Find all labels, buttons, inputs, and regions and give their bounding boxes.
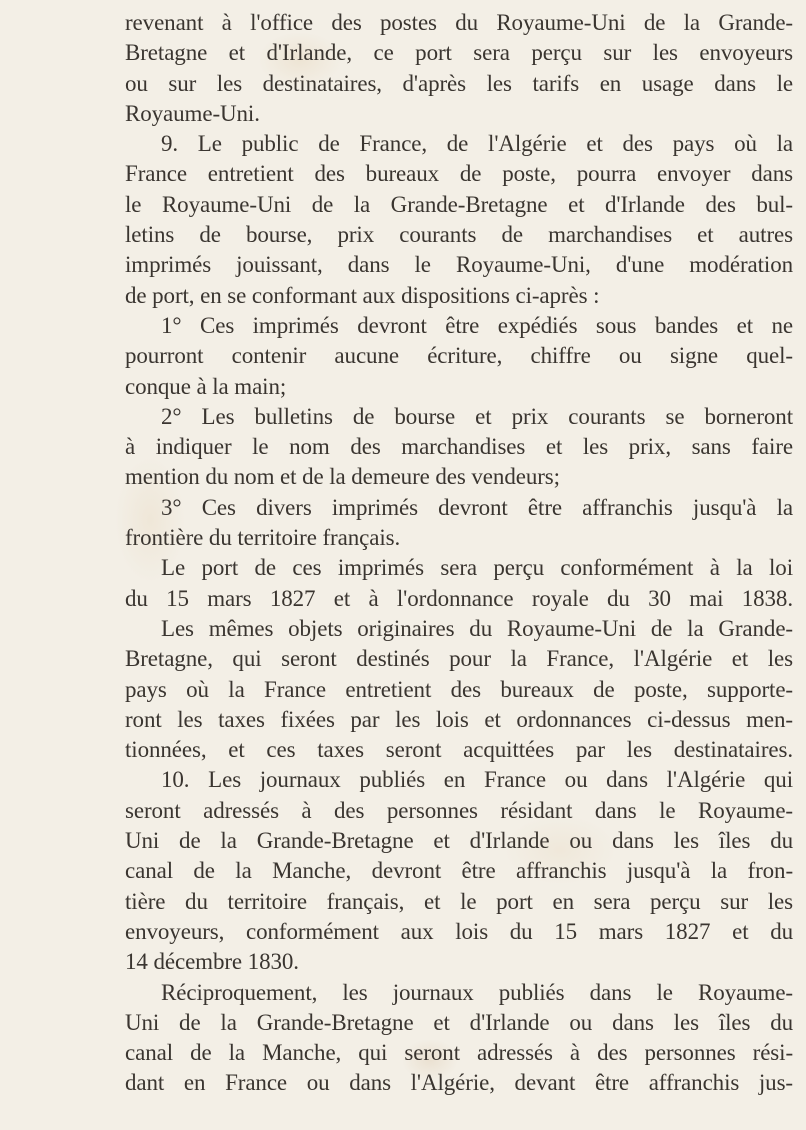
paragraph-item-3: 3° Ces divers imprimés devront être affr…: [125, 493, 793, 554]
text-line: Le port de ces imprimés sera perçu confo…: [125, 553, 793, 583]
text-line: Les mêmes objets originaires du Royaume-…: [125, 614, 793, 644]
text-line: Uni de la Grande-Bretagne et d'Irlande o…: [125, 1008, 793, 1038]
text-line: ront les taxes fixées par les lois et or…: [125, 705, 793, 735]
text-line: Réciproquement, les journaux publiés dan…: [125, 978, 793, 1008]
text-line: à indiquer le nom des marchandises et le…: [125, 432, 793, 462]
text-line: Bretagne et d'Irlande, ce port sera perç…: [125, 38, 793, 68]
text-line: de port, en se conformant aux dispositio…: [125, 281, 793, 311]
text-line: seront adressés à des personnes résidant…: [125, 796, 793, 826]
text-line: du 15 mars 1827 et à l'ordonnance royale…: [125, 584, 793, 614]
text-line: canal de la Manche, devront être affranc…: [125, 856, 793, 886]
text-line: Uni de la Grande-Bretagne et d'Irlande o…: [125, 826, 793, 856]
text-line: le Royaume-Uni de la Grande-Bretagne et …: [125, 190, 793, 220]
text-line: canal de la Manche, qui seront adressés …: [125, 1038, 793, 1068]
paragraph-item-2: 2° Les bulletins de bourse et prix coura…: [125, 402, 793, 493]
text-line: Bretagne, qui seront destinés pour la Fr…: [125, 644, 793, 674]
text-line: tière du territoire français, et le port…: [125, 887, 793, 917]
paragraph-continuation: revenant à l'office des postes du Royaum…: [125, 8, 793, 129]
body-text: revenant à l'office des postes du Royaum…: [125, 8, 793, 1099]
text-line: tionnées, et ces taxes seront acquittées…: [125, 735, 793, 765]
text-line: 2° Les bulletins de bourse et prix coura…: [125, 402, 793, 432]
text-line: letins de bourse, prix courants de march…: [125, 220, 793, 250]
text-line: pays où la France entretient des bureaux…: [125, 675, 793, 705]
text-line: frontière du territoire français.: [125, 523, 793, 553]
document-page: revenant à l'office des postes du Royaum…: [0, 0, 806, 1130]
text-line: imprimés jouissant, dans le Royaume-Uni,…: [125, 250, 793, 280]
paragraph-article-10: 10. Les journaux publiés en France ou da…: [125, 765, 793, 977]
paragraph-port: Le port de ces imprimés sera perçu confo…: [125, 553, 793, 614]
text-line: 9. Le public de France, de l'Algérie et …: [125, 129, 793, 159]
text-line: dant en France ou dans l'Algérie, devant…: [125, 1068, 793, 1098]
text-line: France entretient des bureaux de poste, …: [125, 159, 793, 189]
text-line: Royaume-Uni.: [125, 99, 793, 129]
text-line: conque à la main;: [125, 372, 793, 402]
text-line: pourront contenir aucune écriture, chiff…: [125, 341, 793, 371]
text-line: 10. Les journaux publiés en France ou da…: [125, 765, 793, 795]
paragraph-reciproquement: Réciproquement, les journaux publiés dan…: [125, 978, 793, 1099]
text-line: mention du nom et de la demeure des vend…: [125, 462, 793, 492]
text-line: revenant à l'office des postes du Royaum…: [125, 8, 793, 38]
paragraph-item-1: 1° Ces imprimés devront être expédiés so…: [125, 311, 793, 402]
text-line: envoyeurs, conformément aux lois du 15 m…: [125, 917, 793, 947]
text-line: 14 décembre 1830.: [125, 947, 793, 977]
text-line: 1° Ces imprimés devront être expédiés so…: [125, 311, 793, 341]
text-line: 3° Ces divers imprimés devront être affr…: [125, 493, 793, 523]
paragraph-memes-objets: Les mêmes objets originaires du Royaume-…: [125, 614, 793, 765]
paragraph-article-9: 9. Le public de France, de l'Algérie et …: [125, 129, 793, 311]
text-line: ou sur les destinataires, d'après les ta…: [125, 69, 793, 99]
